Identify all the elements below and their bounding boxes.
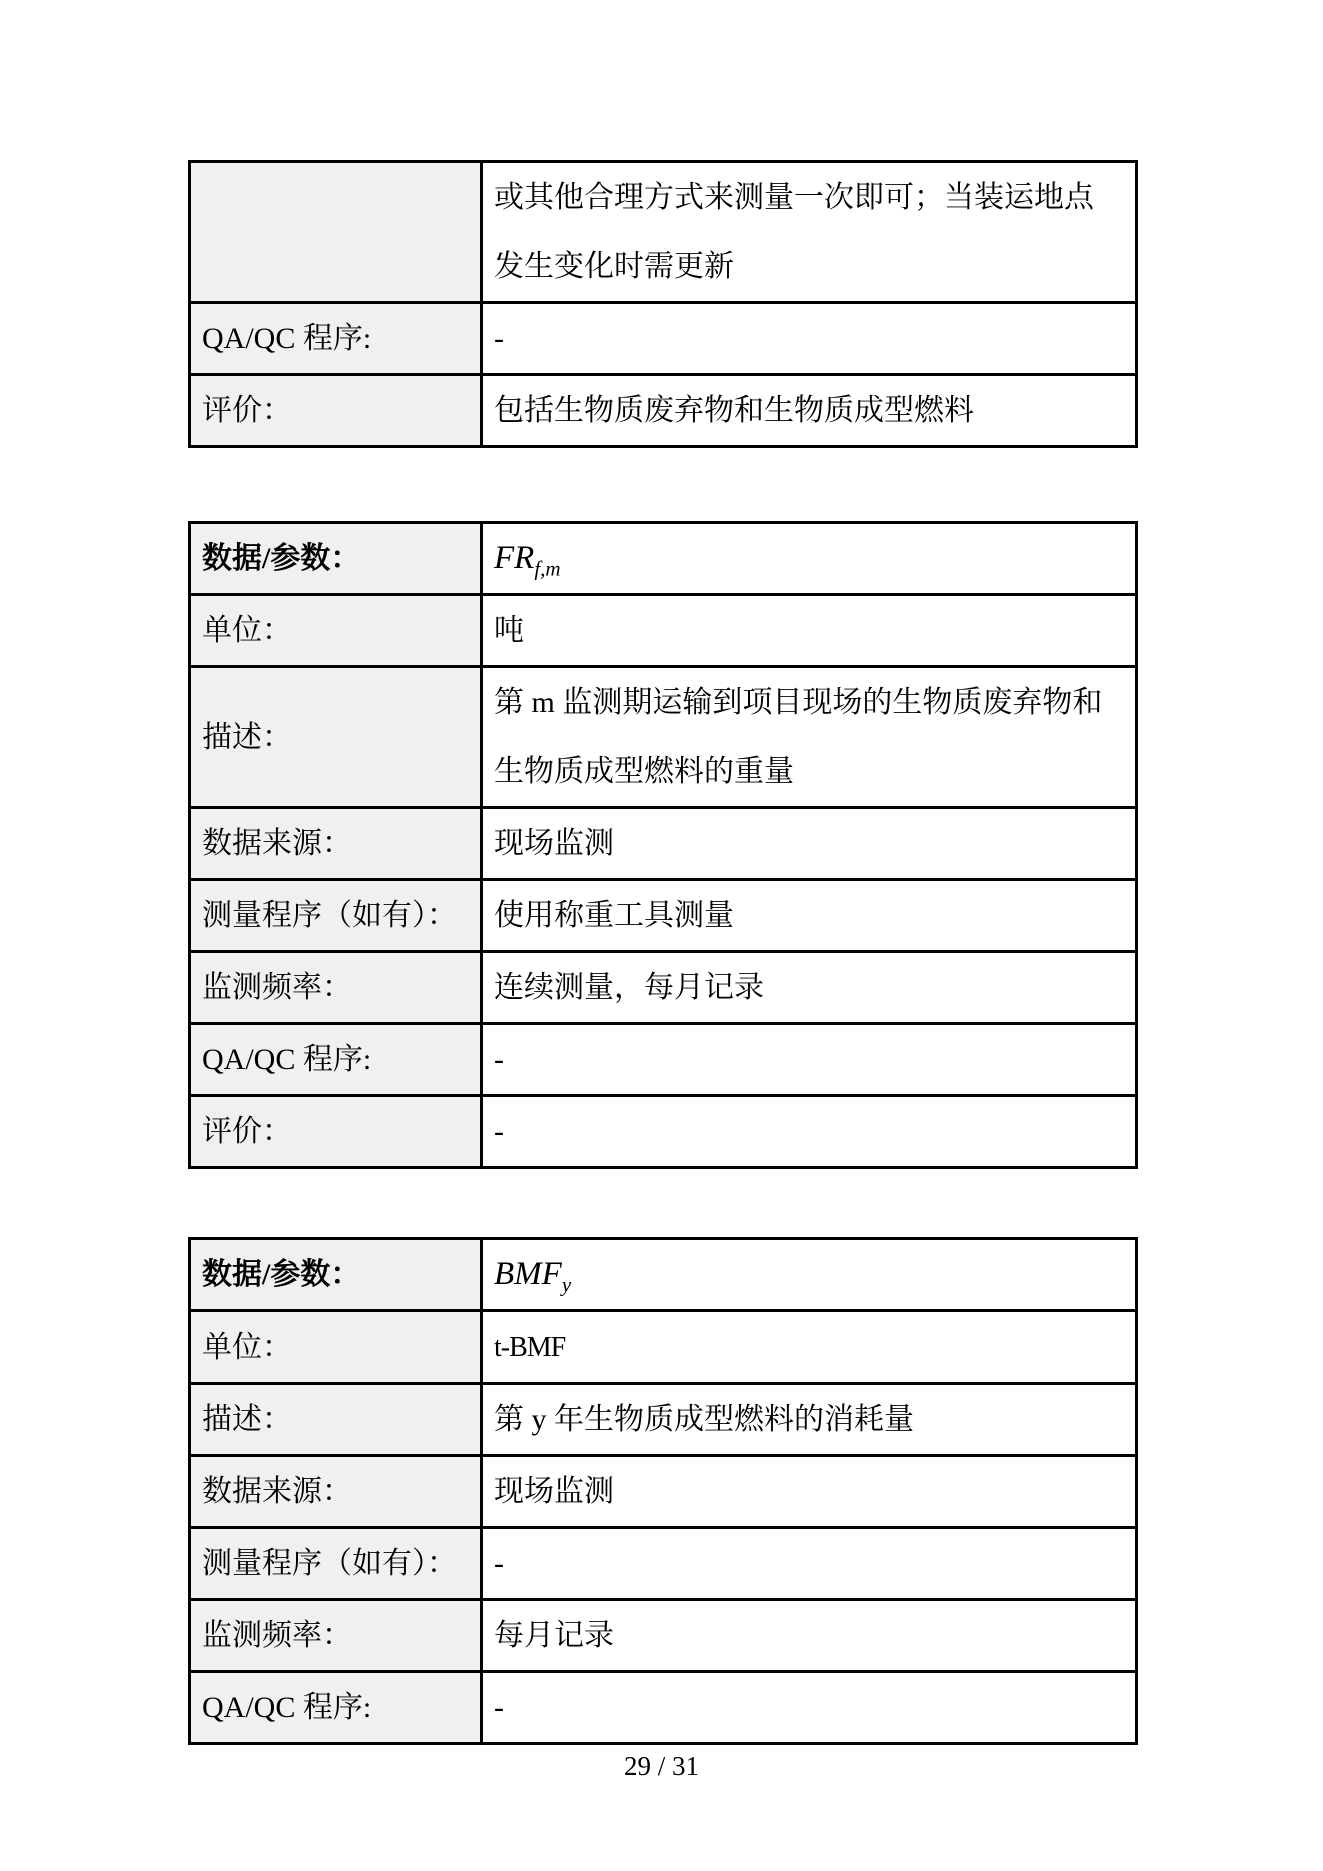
parameter-symbol: FRf,m <box>494 540 561 576</box>
row-label-monitoring-frequency: 监测频率： <box>190 952 482 1024</box>
page-number: 29 / 31 <box>0 1750 1323 1782</box>
row-value: - <box>482 1024 1137 1096</box>
row-value: 每月记录 <box>482 1600 1137 1672</box>
row-label-qaqc: QA/QC 程序: <box>190 303 482 375</box>
table-row: 测量程序（如有）： - <box>190 1528 1137 1600</box>
row-label-evaluation: 评价： <box>190 375 482 447</box>
row-value: t-BMF <box>482 1311 1137 1384</box>
param-table-bmfy: 数据/参数： BMFy 单位： t-BMF 描述： 第 y 年生物质成型燃料的消… <box>188 1237 1138 1745</box>
row-label-qaqc: QA/QC 程序: <box>190 1024 482 1096</box>
parameter-symbol-cell: FRf,m <box>482 523 1137 595</box>
value-line: 或其他合理方式来测量一次即可；当装运地点 <box>494 163 1125 232</box>
table-row: 评价： - <box>190 1096 1137 1168</box>
parameter-symbol-subscript: f,m <box>534 557 560 581</box>
row-value: - <box>482 1096 1137 1168</box>
param-table-continued: 或其他合理方式来测量一次即可；当装运地点 发生变化时需更新 QA/QC 程序: … <box>188 160 1138 448</box>
row-value: - <box>482 1672 1137 1744</box>
parameter-symbol-cell: BMFy <box>482 1239 1137 1311</box>
table-row: 数据来源： 现场监测 <box>190 808 1137 880</box>
row-label-data-parameter: 数据/参数： <box>190 1239 482 1311</box>
row-label-data-parameter: 数据/参数： <box>190 523 482 595</box>
row-value: 现场监测 <box>482 808 1137 880</box>
row-value: 或其他合理方式来测量一次即可；当装运地点 发生变化时需更新 <box>482 162 1137 303</box>
value-line: 生物质成型燃料的重量 <box>494 737 1125 806</box>
row-value: 连续测量，每月记录 <box>482 952 1137 1024</box>
table-row: 描述： 第 y 年生物质成型燃料的消耗量 <box>190 1384 1137 1456</box>
table-row: 单位： t-BMF <box>190 1311 1137 1384</box>
row-label-unit: 单位： <box>190 1311 482 1384</box>
row-label-evaluation: 评价： <box>190 1096 482 1168</box>
table-row: 单位： 吨 <box>190 595 1137 667</box>
row-value: 第 m 监测期运输到项目现场的生物质废弃物和 生物质成型燃料的重量 <box>482 667 1137 808</box>
row-label-measurement-procedure: 测量程序（如有）： <box>190 1528 482 1600</box>
parameter-symbol-subscript: y <box>562 1273 571 1297</box>
param-table-frfm: 数据/参数： FRf,m 单位： 吨 描述： 第 m 监测期运输到项目现场的生物… <box>188 521 1138 1169</box>
table-row: QA/QC 程序: - <box>190 1024 1137 1096</box>
row-label-unit: 单位： <box>190 595 482 667</box>
row-label-description: 描述： <box>190 1384 482 1456</box>
table-row: 监测频率： 每月记录 <box>190 1600 1137 1672</box>
document-page: 或其他合理方式来测量一次即可；当装运地点 发生变化时需更新 QA/QC 程序: … <box>0 0 1323 1871</box>
row-value: 使用称重工具测量 <box>482 880 1137 952</box>
row-label-description: 描述： <box>190 667 482 808</box>
row-value: 吨 <box>482 595 1137 667</box>
row-label-empty <box>190 162 482 303</box>
table-row: QA/QC 程序: - <box>190 1672 1137 1744</box>
page-content: 或其他合理方式来测量一次即可；当装运地点 发生变化时需更新 QA/QC 程序: … <box>0 0 1323 1782</box>
value-line: 第 m 监测期运输到项目现场的生物质废弃物和 <box>494 668 1125 737</box>
table-row: 描述： 第 m 监测期运输到项目现场的生物质废弃物和 生物质成型燃料的重量 <box>190 667 1137 808</box>
row-label-qaqc: QA/QC 程序: <box>190 1672 482 1744</box>
table-row: 评价： 包括生物质废弃物和生物质成型燃料 <box>190 375 1137 447</box>
table-row: QA/QC 程序: - <box>190 303 1137 375</box>
value-line: 发生变化时需更新 <box>494 232 1125 301</box>
row-label-measurement-procedure: 测量程序（如有）： <box>190 880 482 952</box>
table-row: 监测频率： 连续测量，每月记录 <box>190 952 1137 1024</box>
table-row: 或其他合理方式来测量一次即可；当装运地点 发生变化时需更新 <box>190 162 1137 303</box>
row-value: 包括生物质废弃物和生物质成型燃料 <box>482 375 1137 447</box>
parameter-symbol: BMFy <box>494 1256 571 1292</box>
row-value: - <box>482 1528 1137 1600</box>
row-value: 第 y 年生物质成型燃料的消耗量 <box>482 1384 1137 1456</box>
row-label-data-source: 数据来源： <box>190 808 482 880</box>
row-value: 现场监测 <box>482 1456 1137 1528</box>
row-label-monitoring-frequency: 监测频率： <box>190 1600 482 1672</box>
row-label-data-source: 数据来源： <box>190 1456 482 1528</box>
unit-value: t-BMF <box>494 1332 565 1363</box>
row-value: - <box>482 303 1137 375</box>
table-header-row: 数据/参数： FRf,m <box>190 523 1137 595</box>
table-row: 数据来源： 现场监测 <box>190 1456 1137 1528</box>
table-row: 测量程序（如有）： 使用称重工具测量 <box>190 880 1137 952</box>
table-header-row: 数据/参数： BMFy <box>190 1239 1137 1311</box>
